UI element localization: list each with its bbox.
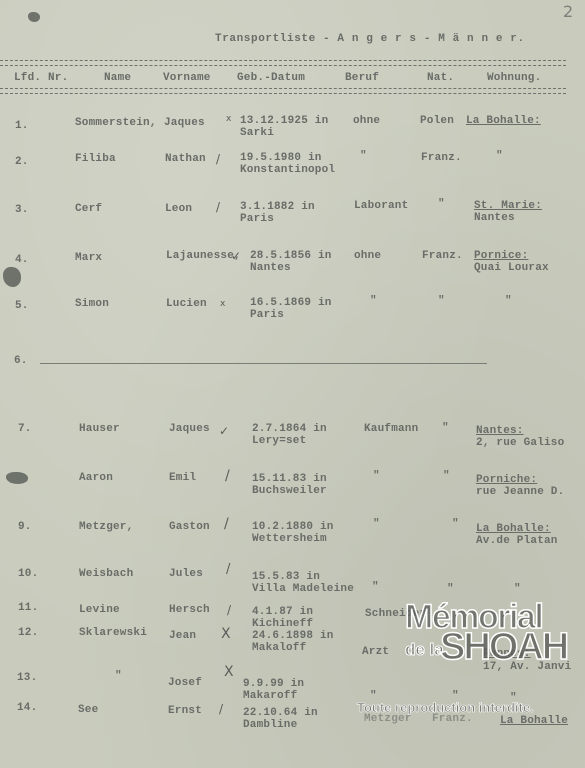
check-mark-icon: / (225, 468, 230, 484)
row-geb-place: Dambline (243, 719, 297, 731)
watermark-de-la: de la (405, 640, 444, 660)
row-name: Simon (75, 298, 109, 310)
row-geb: 24.6.1898 in (252, 630, 334, 642)
row-beruf: " (373, 470, 380, 482)
row-geb-place: Kichineff (252, 618, 313, 630)
row-vorname: Ernst (168, 705, 202, 717)
row-vorname: Hersch (169, 604, 210, 616)
row-beruf: Kaufmann (364, 423, 418, 435)
document-title: Transportliste - A n g e r s - M ä n n e… (215, 33, 525, 45)
row-geb: 16.5.1869 in (250, 297, 332, 309)
row-wohnung: St. Marie: (474, 200, 542, 212)
row-nr: 12. (18, 627, 38, 639)
row-vorname: Gaston (169, 521, 210, 533)
row-nr: 14. (17, 702, 37, 714)
check-mark-icon: x (220, 299, 225, 309)
row-wohnung: La Bohalle: (466, 115, 541, 127)
row-beruf: " (372, 581, 379, 593)
row-nr: 5. (15, 300, 29, 312)
header-nat: Nat. (427, 72, 454, 84)
row-vorname: Jules (169, 568, 203, 580)
row-nat: " (438, 198, 445, 210)
row-vorname: Jean (169, 630, 196, 642)
row-geb: 15.5.83 in (252, 571, 320, 583)
row-nr: 4. (15, 254, 29, 266)
row-geb: 28.5.1856 in (250, 250, 332, 262)
row-geb-place: Makaloff (252, 642, 306, 654)
header-rule-bottom (0, 88, 566, 94)
row-nr: 1. (15, 120, 29, 132)
header-rule-top (0, 60, 566, 66)
row-geb: 9.9.99 in (243, 678, 304, 690)
header-vorname: Vorname (163, 72, 211, 84)
row-geb-place: Villa Madeleine (252, 583, 354, 595)
row-nat: " (443, 470, 450, 482)
ink-stain (6, 472, 28, 484)
row-beruf: Arzt (362, 646, 389, 658)
cross-mark-icon: X (224, 664, 234, 680)
check-mark-icon: / (216, 152, 220, 166)
row-name: Filiba (75, 153, 116, 165)
row-nat: Franz. (421, 152, 462, 164)
row-beruf: " (373, 518, 380, 530)
row-beruf: " (360, 150, 367, 162)
row-nat: Polen (420, 115, 454, 127)
row-nr: 9. (18, 521, 32, 533)
row-name: Marx (75, 252, 102, 264)
row-wohnung-line2: 2, rue Galiso (476, 437, 564, 449)
row-geb: 13.12.1925 in (240, 115, 328, 127)
watermark-notice: Toute reproduction interdite. (357, 700, 534, 715)
row-vorname: Josef (168, 677, 202, 689)
check-mark-icon: / (224, 516, 229, 532)
row-geb: 19.5.1980 in (240, 152, 322, 164)
row-beruf: ohne (353, 115, 380, 127)
row-nr: 11. (18, 602, 38, 614)
row-nr: 6. (14, 355, 28, 367)
row-vorname: Jaques (169, 423, 210, 435)
header-nr: Lfd. Nr. (14, 72, 68, 84)
row-geb-place: Sarki (240, 127, 274, 139)
row-nat: " (442, 422, 449, 434)
header-geb-datum: Geb.-Datum (237, 72, 305, 84)
page-number: 2 (563, 2, 573, 21)
row-wohnung: Porniche: (476, 474, 537, 486)
row-wohnung: " (496, 150, 503, 162)
check-mark-icon: ✓ (219, 424, 229, 438)
check-mark-icon: / (227, 603, 231, 617)
check-mark-icon: / (219, 702, 223, 716)
row-geb: 15.11.83 in (252, 473, 327, 485)
row-geb-place: Buchsweiler (252, 485, 327, 497)
row-name: Weisbach (79, 568, 133, 580)
row-wohnung: Pornice: (474, 250, 528, 262)
row-wohnung: " (505, 295, 512, 307)
row-name: See (78, 704, 98, 716)
check-mark-icon: ✓ (231, 249, 241, 263)
watermark-shoah: SHOAH (440, 628, 567, 666)
row-geb-place: Paris (240, 213, 274, 225)
row-vorname: Lajaunesse, (166, 250, 241, 262)
row-geb-place: Makaroff (243, 690, 297, 702)
row-geb-place: Nantes (250, 262, 291, 274)
row-name: " (115, 670, 122, 682)
row-geb: 22.10.64 in (243, 707, 318, 719)
check-mark-icon: / (216, 200, 220, 214)
row-wohnung-line2: Nantes (474, 212, 515, 224)
header-name: Name (104, 72, 131, 84)
row-nat: " (438, 295, 445, 307)
row-geb: 4.1.87 in (252, 606, 313, 618)
row-geb-place: Lery=set (252, 435, 306, 447)
row-geb-place: Konstantinopol (240, 164, 335, 176)
row-wohnung: " (514, 583, 521, 595)
row-nr: 13. (17, 672, 37, 684)
row-wohnung-line2: rue Jeanne D. (476, 486, 564, 498)
row-name: Cerf (75, 203, 102, 215)
row-nr: 7. (18, 423, 32, 435)
cross-mark-icon: X (221, 626, 231, 642)
row-name: Sklarewski (79, 627, 147, 639)
row-wohnung: La Bohalle: (476, 523, 551, 535)
ink-stain (3, 267, 21, 287)
row-name: Levine (79, 604, 120, 616)
row-name: Hauser (79, 423, 120, 435)
row-vorname: Emil (169, 472, 196, 484)
row-geb: 3.1.1882 in (240, 201, 315, 213)
ink-mark (28, 12, 40, 22)
row-name: Sommerstein, (75, 117, 157, 129)
header-wohnung: Wohnung. (487, 72, 541, 84)
row-nat: " (447, 583, 454, 595)
check-mark-icon: x (226, 114, 231, 124)
row-name: Metzger, (79, 521, 133, 533)
header-beruf: Beruf (345, 72, 379, 84)
row-geb: 2.7.1864 in (252, 423, 327, 435)
row-beruf: " (370, 295, 377, 307)
row-nr: 3. (15, 204, 29, 216)
check-mark-icon: / (226, 562, 230, 577)
row-wohnung: La Bohalle (500, 715, 568, 727)
row-wohnung-line2: Av.de Platan (476, 535, 558, 547)
row-vorname: Leon (165, 203, 192, 215)
row-name: Aaron (79, 472, 113, 484)
strike-line (40, 363, 487, 364)
row-nat: Franz. (422, 250, 463, 262)
row-vorname: Lucien (166, 298, 207, 310)
row-beruf: Laborant (354, 200, 408, 212)
row-nat: " (452, 518, 459, 530)
row-geb: 10.2.1880 in (252, 521, 334, 533)
row-vorname: Jaques (164, 117, 205, 129)
row-nr: 10. (18, 568, 38, 580)
row-wohnung-line2: Quai Lourax (474, 262, 549, 274)
row-vorname: Nathan (165, 153, 206, 165)
row-wohnung: Nantes: (476, 425, 524, 437)
row-geb-place: Paris (250, 309, 284, 321)
row-beruf: ohne (354, 250, 381, 262)
row-nr: 2. (15, 156, 29, 168)
row-geb-place: Wettersheim (252, 533, 327, 545)
